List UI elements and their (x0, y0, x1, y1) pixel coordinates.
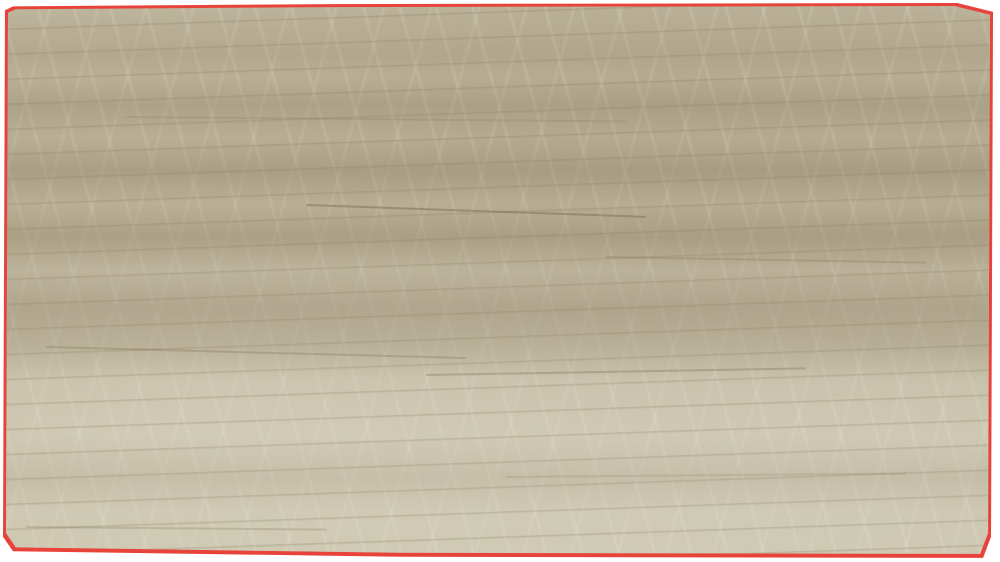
vein-line (306, 204, 646, 218)
stone-slab (6, 6, 994, 555)
vein-line (46, 346, 466, 359)
vein-line (426, 367, 806, 376)
vein-line (606, 256, 926, 264)
vein-line (26, 526, 326, 531)
image-canvas (0, 0, 1000, 562)
vein-line (126, 116, 626, 122)
vein-line (506, 473, 906, 478)
